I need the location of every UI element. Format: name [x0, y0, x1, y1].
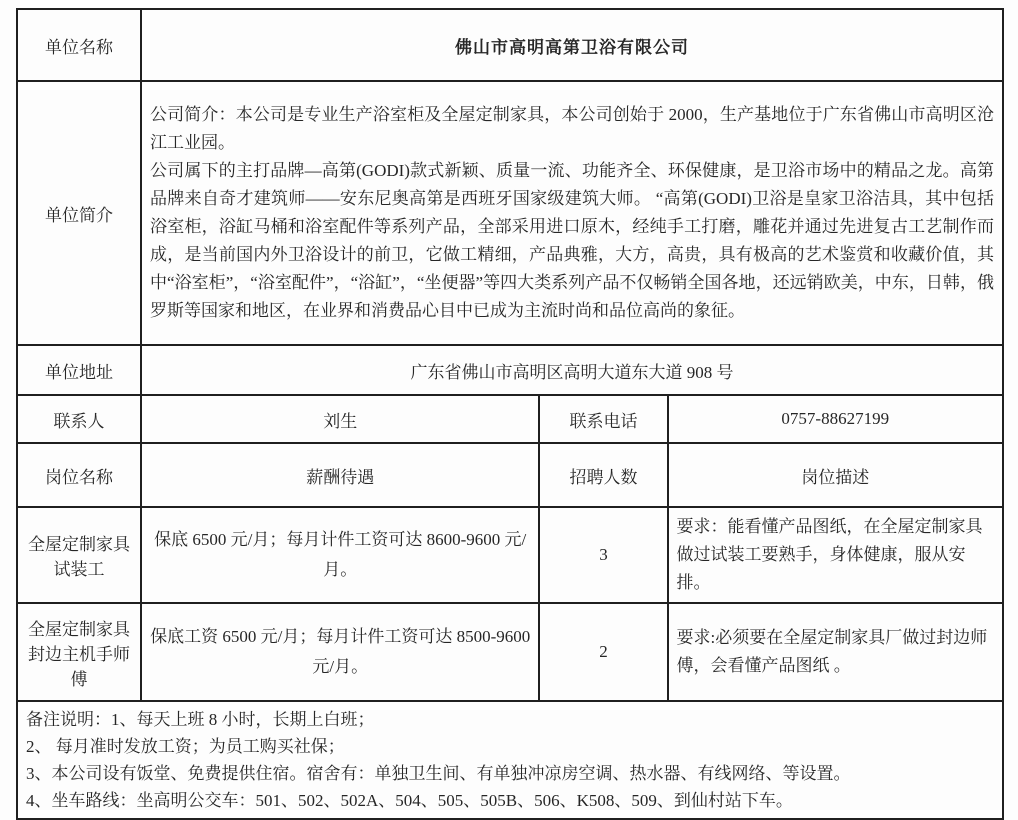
remarks-line-3: 3、本公司设有饭堂、免费提供住宿。宿舍有：单独卫生间、有单独冲凉房空调、热水器、…	[26, 760, 994, 778]
company-intro-label: 单位简介	[17, 81, 141, 345]
company-intro-cell: 公司简介：本公司是专业生产浴室柜及全屋定制家具，本公司创始于 2000，生产基地…	[141, 81, 1003, 345]
job1-description: 要求：能看懂产品图纸，在全屋定制家具做过试装工要熟手，身体健康，服从安排。	[668, 507, 1003, 603]
company-intro-row: 单位简介 公司简介：本公司是专业生产浴室柜及全屋定制家具，本公司创始于 2000…	[17, 81, 1003, 345]
job-row-2: 全屋定制家具封边主机手师傅 保底工资 6500 元/月；每月计件工资可达 850…	[17, 603, 1003, 701]
phone-label: 联系电话	[539, 395, 667, 443]
job-header-description: 岗位描述	[668, 443, 1003, 507]
remarks-cell: 备注说明：1、每天上班 8 小时，长期上白班； 2、 每月准时发放工资；为员工购…	[17, 701, 1003, 778]
remarks-row: 备注说明：1、每天上班 8 小时，长期上白班； 2、 每月准时发放工资；为员工购…	[17, 701, 1003, 778]
job-header-position: 岗位名称	[17, 443, 141, 507]
contact-name: 刘生	[141, 395, 539, 443]
address-label: 单位地址	[17, 345, 141, 395]
job1-headcount: 3	[539, 507, 667, 603]
job2-position: 全屋定制家具封边主机手师傅	[17, 603, 141, 701]
job-posting-table: 单位名称 佛山市高明高第卫浴有限公司 单位简介 公司简介：本公司是专业生产浴室柜…	[16, 8, 1004, 778]
contact-label: 联系人	[17, 395, 141, 443]
job1-salary: 保底 6500 元/月；每月计件工资可达 8600-9600 元/月。	[141, 507, 539, 603]
job2-headcount: 2	[539, 603, 667, 701]
intro-paragraph-1: 公司简介：本公司是专业生产浴室柜及全屋定制家具，本公司创始于 2000，生产基地…	[150, 101, 994, 157]
remarks-line-2: 2、 每月准时发放工资；为员工购买社保；	[26, 733, 994, 760]
contact-row: 联系人 刘生 联系电话 0757-88627199	[17, 395, 1003, 443]
address-value: 广东省佛山市高明区高明大道东大道 908 号	[141, 345, 1003, 395]
job-header-salary: 薪酬待遇	[141, 443, 539, 507]
job2-description: 要求:必须要在全屋定制家具厂做过封边师傅，会看懂产品图纸 。	[668, 603, 1003, 701]
job1-position: 全屋定制家具试装工	[17, 507, 141, 603]
intro-paragraph-2: 公司属下的主打品牌—高第(GODI)款式新颖、质量一流、功能齐全、环保健康，是卫…	[150, 157, 994, 325]
company-name-label: 单位名称	[17, 9, 141, 81]
company-name-row: 单位名称 佛山市高明高第卫浴有限公司	[17, 9, 1003, 81]
phone-number: 0757-88627199	[668, 395, 1003, 443]
remarks-line-1: 备注说明：1、每天上班 8 小时，长期上白班；	[26, 706, 994, 733]
company-name-value: 佛山市高明高第卫浴有限公司	[141, 9, 1003, 81]
job-header-headcount: 招聘人数	[539, 443, 667, 507]
job-posting-document: 单位名称 佛山市高明高第卫浴有限公司 单位简介 公司简介：本公司是专业生产浴室柜…	[16, 8, 1004, 778]
address-row: 单位地址 广东省佛山市高明区高明大道东大道 908 号	[17, 345, 1003, 395]
job-row-1: 全屋定制家具试装工 保底 6500 元/月；每月计件工资可达 8600-9600…	[17, 507, 1003, 603]
job2-salary: 保底工资 6500 元/月；每月计件工资可达 8500-9600 元/月。	[141, 603, 539, 701]
job-header-row: 岗位名称 薪酬待遇 招聘人数 岗位描述	[17, 443, 1003, 507]
